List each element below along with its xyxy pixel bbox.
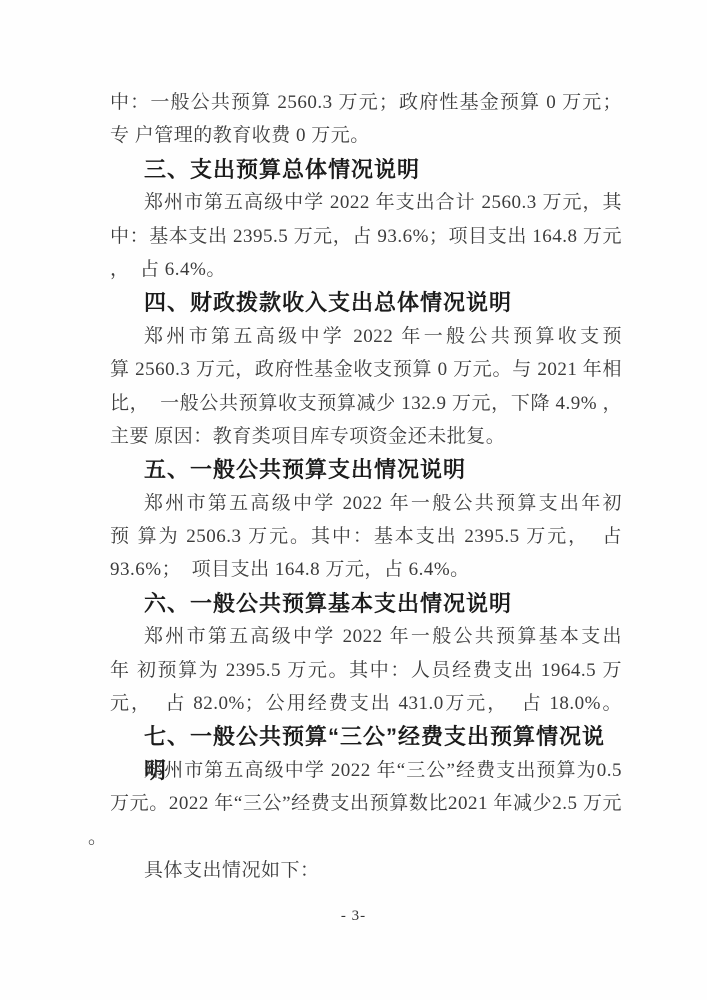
- document-line: 年 初预算为 2395.5 万元。其中：人员经费支出 1964.5 万: [110, 654, 622, 687]
- document-line: 中：一般公共预算 2560.3 万元；政府性基金预算 0 万元；: [110, 86, 622, 119]
- document-line: 比， 一般公共预算收支预算减少 132.9 万元，下降 4.9% ，: [110, 387, 622, 420]
- document-line: 郑州市第五高级中学 2022 年一般公共预算基本支出: [110, 620, 622, 653]
- document-line: 。: [88, 821, 622, 854]
- document-line: 郑州市第五高级中学 2022 年支出合计 2560.3 万元，其: [110, 186, 622, 219]
- document-line: 预 算为 2506.3 万元。其中：基本支出 2395.5 万元， 占: [110, 520, 622, 553]
- document-content: 中：一般公共预算 2560.3 万元；政府性基金预算 0 万元；专 户管理的教育…: [110, 86, 622, 887]
- document-line: 93.6%； 项目支出 164.8 万元，占 6.4%。: [110, 553, 622, 586]
- document-page: 中：一般公共预算 2560.3 万元；政府性基金预算 0 万元；专 户管理的教育…: [0, 0, 707, 1000]
- section-heading: 六、一般公共预算基本支出情况说明: [110, 587, 622, 620]
- section-heading: 七、一般公共预算“三公”经费支出预算情况说明: [110, 720, 622, 753]
- document-line: 元， 占 82.0%；公用经费支出 431.0万元， 占 18.0%。: [110, 687, 622, 720]
- section-heading: 四、财政拨款收入支出总体情况说明: [110, 286, 622, 319]
- document-line: 具体支出情况如下：: [110, 854, 622, 887]
- page-number: - 3-: [0, 908, 707, 925]
- document-line: 专 户管理的教育收费 0 万元。: [110, 119, 622, 152]
- section-heading: 五、一般公共预算支出情况说明: [110, 453, 622, 486]
- document-line: 主要 原因：教育类项目库专项资金还未批复。: [110, 420, 622, 453]
- document-line: 中：基本支出 2395.5 万元，占 93.6%；项目支出 164.8 万元: [110, 220, 622, 253]
- document-line: 郑州市第五高级中学 2022 年一般公共预算支出年初: [110, 487, 622, 520]
- document-line: 算 2560.3 万元，政府性基金收支预算 0 万元。与 2021 年相: [110, 353, 622, 386]
- section-heading: 三、支出预算总体情况说明: [110, 153, 622, 186]
- document-line: 郑州市第五高级中学 2022 年一般公共预算收支预: [110, 320, 622, 353]
- document-line: ， 占 6.4%。: [110, 253, 622, 286]
- document-line: 郑州市第五高级中学 2022 年“三公”经费支出预算为0.5: [110, 754, 622, 787]
- document-line: 万元。2022 年“三公”经费支出预算数比2021 年减少2.5 万元: [110, 787, 622, 820]
